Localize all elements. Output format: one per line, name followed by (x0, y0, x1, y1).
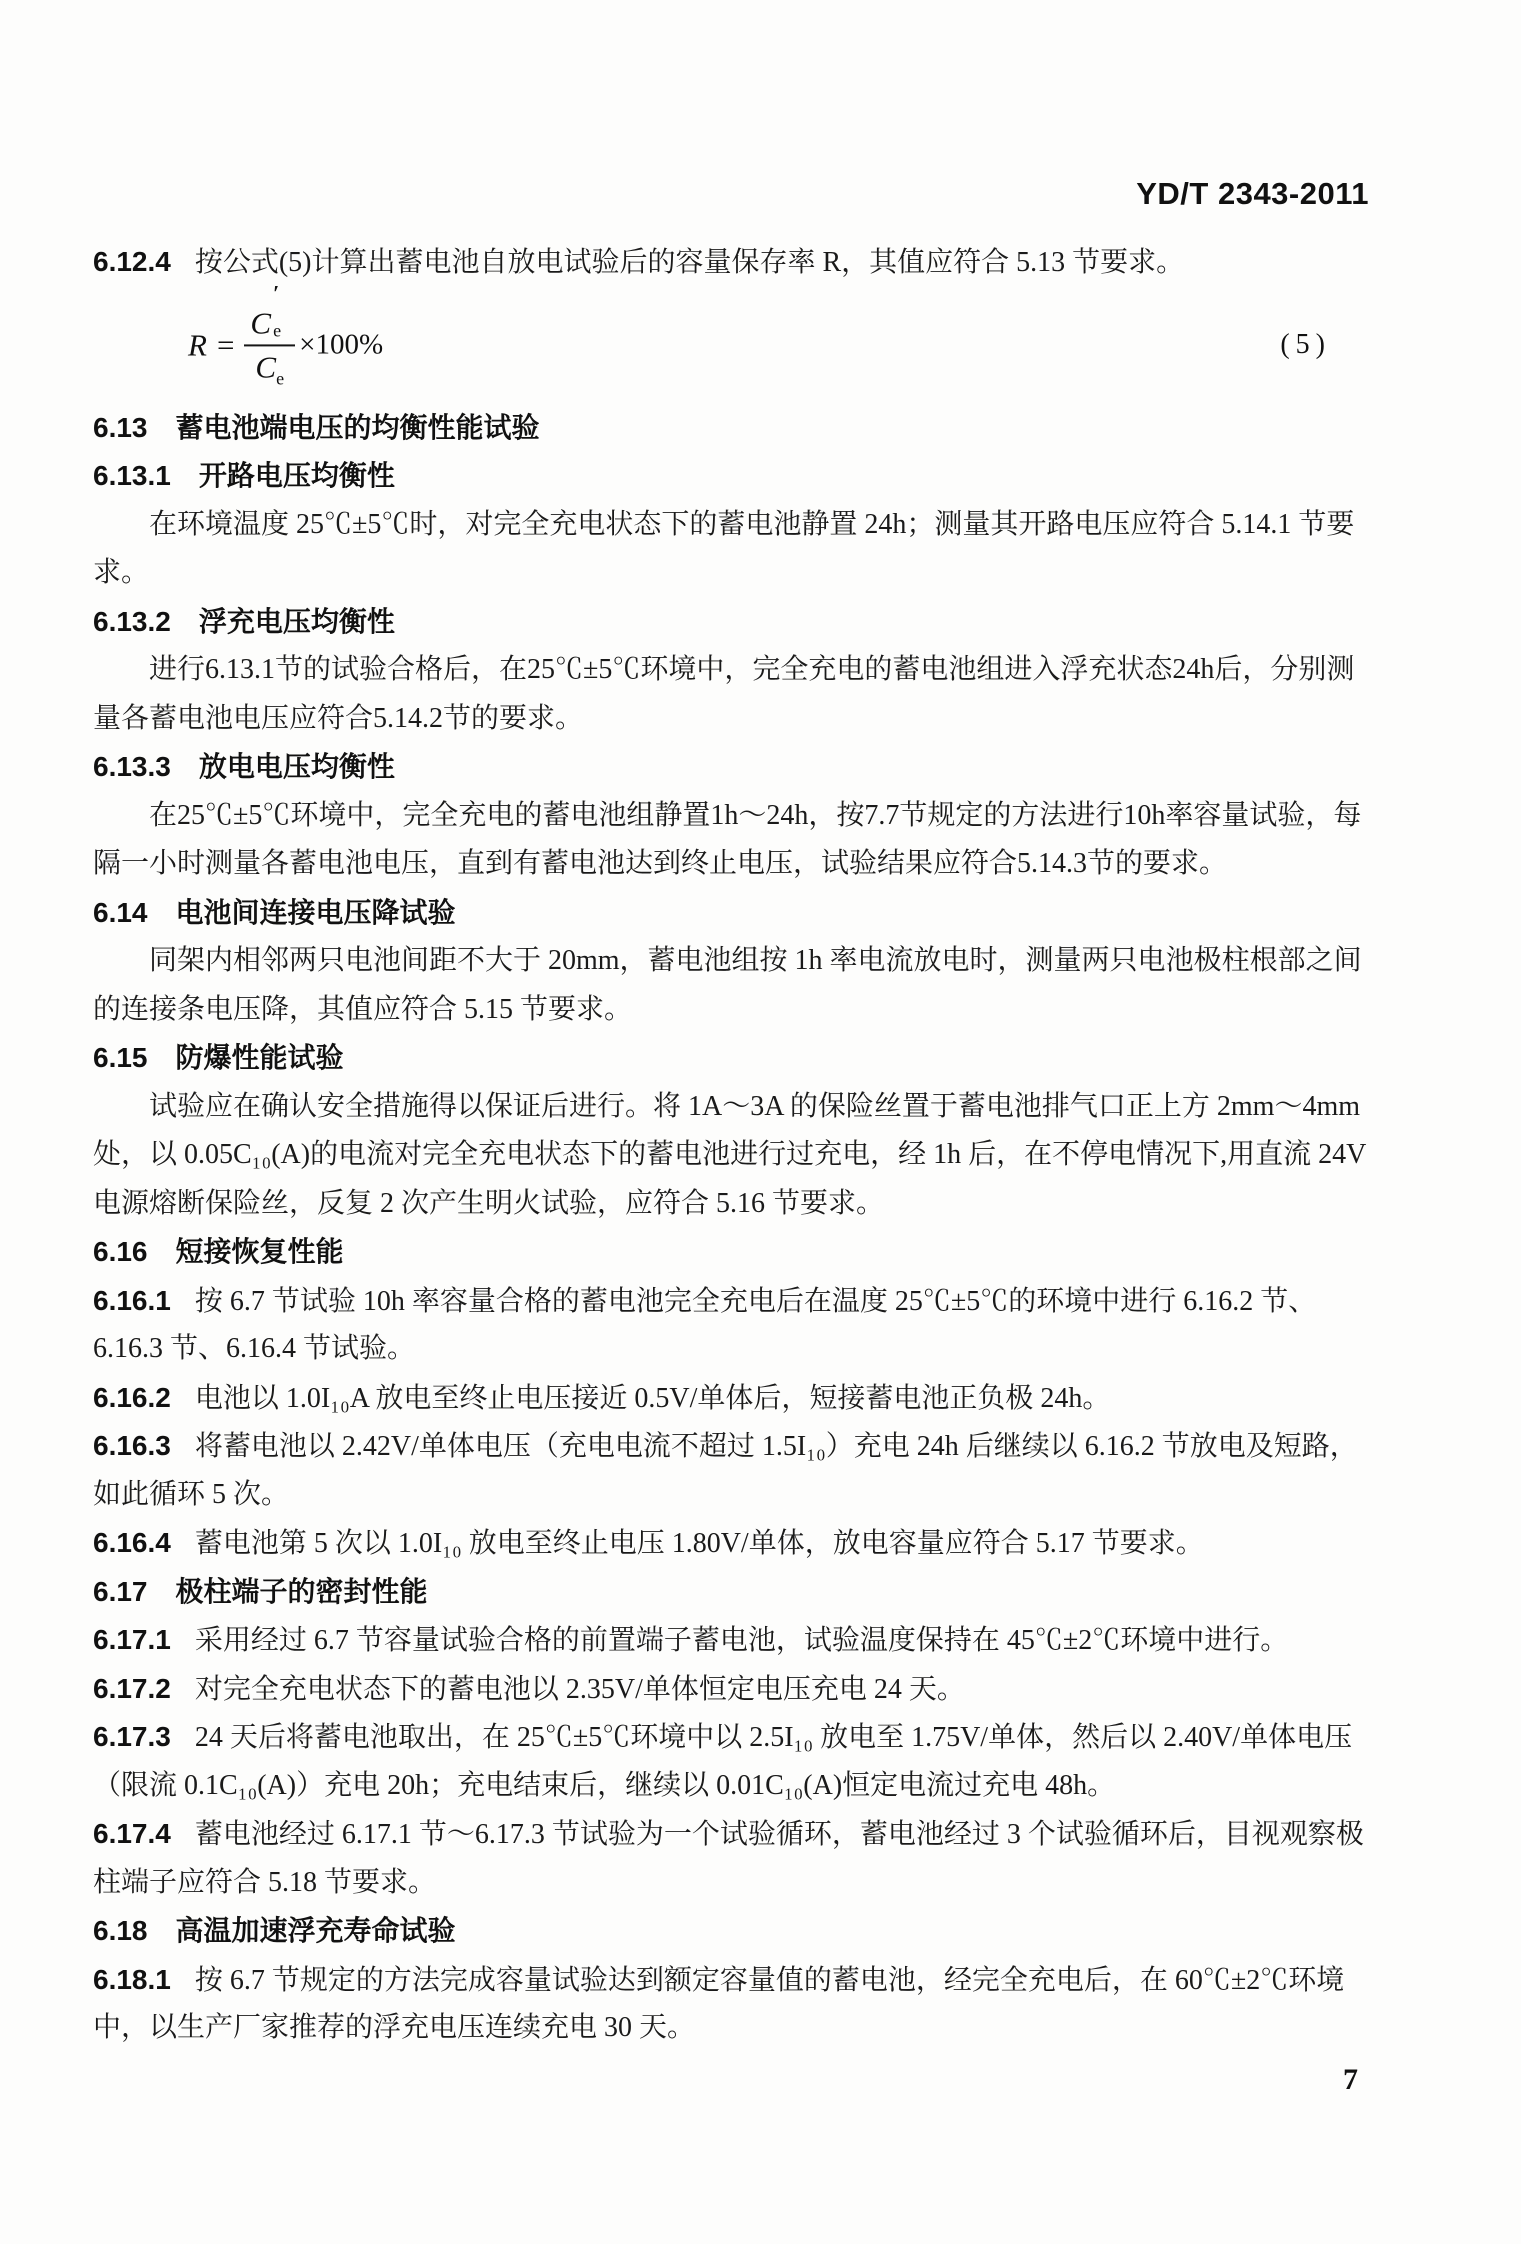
line-text: 电池间连接电压降试验 (176, 897, 456, 928)
line-text: 处，以 0.05C₁₀(A)的电流对完全充电状态下的蓄电池进行过充电，经 1h … (93, 1139, 1366, 1170)
fraction-numerator: C′e (244, 300, 295, 346)
clause-line: 6.16.4蓄电池第 5 次以 1.0I₁₀ 放电至终止电压 1.80V/单体，… (93, 1519, 1461, 1568)
text-line: （限流 0.1C₁₀(A)）充电 20h；充电结束后，继续以 0.01C₁₀(A… (93, 1762, 1461, 1811)
denominator-symbol: C (255, 349, 276, 384)
clause-line: 6.16.1按 6.7 节试验 10h 率容量合格的蓄电池完全充电后在温度 25… (93, 1277, 1461, 1326)
clause-line: 6.16.2电池以 1.0I₁₀A 放电至终止电压接近 0.5V/单体后，短接蓄… (93, 1374, 1461, 1423)
text-line: 试验应在确认安全措施得以保证后进行。将 1A～3A 的保险丝置于蓄电池排气口正上… (93, 1083, 1461, 1132)
text-line: 6.16.3 节、6.16.4 节试验。 (93, 1325, 1461, 1374)
clause-number: 6.14 (93, 897, 148, 928)
numerator-marks: ′e (271, 302, 285, 333)
clause-line: 6.17.324 天后将蓄电池取出，在 25℃±5℃环境中以 2.5I₁₀ 放电… (93, 1713, 1461, 1762)
line-text: 中，以生产厂家推荐的浮充电压连续充电 30 天。 (93, 2012, 695, 2043)
clause-number: 6.13.1 (93, 460, 171, 491)
multiplier: ×100% (299, 329, 383, 362)
line-text: 短接恢复性能 (176, 1236, 344, 1267)
page-content: 6.12.4按公式(5)计算出蓄电池自放电试验后的容量保存率 R，其值应符合 5… (93, 238, 1461, 2053)
line-text: 在25℃±5℃环境中，完全充电的蓄电池组静置1h～24h，按7.7节规定的方法进… (93, 800, 1361, 831)
line-text: 电源熔断保险丝，反复 2 次产生明火试验，应符合 5.16 节要求。 (93, 1188, 884, 1219)
line-text: 6.16.3 节、6.16.4 节试验。 (93, 1333, 415, 1364)
clause-line: 6.12.4按公式(5)计算出蓄电池自放电试验后的容量保存率 R，其值应符合 5… (93, 238, 1461, 287)
line-text: 同架内相邻两只电池间距不大于 20mm，蓄电池组按 1h 率电流放电时，测量两只… (93, 945, 1362, 976)
clause-number: 6.18 (93, 1915, 148, 1946)
text-line: 如此循环 5 次。 (93, 1471, 1461, 1520)
clause-number: 6.16.3 (93, 1430, 171, 1461)
clause-number: 6.16.1 (93, 1285, 171, 1316)
line-text: 24 天后将蓄电池取出，在 25℃±5℃环境中以 2.5I₁₀ 放电至 1.75… (195, 1722, 1352, 1753)
line-text: 隔一小时测量各蓄电池电压，直到有蓄电池达到终止电压，试验结果应符合5.14.3节… (93, 848, 1227, 879)
clause-line: 6.17.4蓄电池经过 6.17.1 节～6.17.3 节试验为一个试验循环，蓄… (93, 1810, 1461, 1859)
document-page: YD/T 2343-2011 6.12.4按公式(5)计算出蓄电池自放电试验后的… (0, 0, 1521, 2244)
line-text: 电池以 1.0I₁₀A 放电至终止电压接近 0.5V/单体后，短接蓄电池正负极 … (195, 1383, 1111, 1414)
line-text: 放电电压均衡性 (199, 751, 395, 782)
line-text: 按公式(5)计算出蓄电池自放电试验后的容量保存率 R，其值应符合 5.13 节要… (195, 247, 1184, 278)
clause-number: 6.16 (93, 1236, 148, 1267)
line-text: 高温加速浮充寿命试验 (176, 1915, 456, 1946)
clause-number: 6.17 (93, 1576, 148, 1607)
text-line: 处，以 0.05C₁₀(A)的电流对完全充电状态下的蓄电池进行过充电，经 1h … (93, 1131, 1461, 1180)
clause-number: 6.17.4 (93, 1818, 171, 1849)
clause-number: 6.12.4 (93, 246, 171, 277)
line-text: 蓄电池端电压的均衡性能试验 (176, 412, 540, 443)
line-text: 按 6.7 节规定的方法完成容量试验达到额定容量值的蓄电池，经完全充电后，在 6… (195, 1965, 1344, 1996)
section-heading: 6.17极柱端子的密封性能 (93, 1568, 1461, 1617)
text-line: 同架内相邻两只电池间距不大于 20mm，蓄电池组按 1h 率电流放电时，测量两只… (93, 937, 1461, 986)
equation-number: (5) (1280, 329, 1331, 361)
formula-5-row: R = C′e Ce ×100% (5) (93, 287, 1461, 404)
clause-line: 6.16.3将蓄电池以 2.42V/单体电压（充电电流不超过 1.5I₁₀）充电… (93, 1422, 1461, 1471)
line-text: 柱端子应符合 5.18 节要求。 (93, 1867, 436, 1898)
line-text: 量各蓄电池电压应符合5.14.2节的要求。 (93, 703, 583, 734)
line-text: 采用经过 6.7 节容量试验合格的前置端子蓄电池，试验温度保持在 45℃±2℃环… (195, 1625, 1288, 1656)
clause-line: 6.17.1采用经过 6.7 节容量试验合格的前置端子蓄电池，试验温度保持在 4… (93, 1616, 1461, 1665)
text-line: 的连接条电压降，其值应符合 5.15 节要求。 (93, 986, 1461, 1035)
line-text: 进行6.13.1节的试验合格后，在25℃±5℃环境中，完全充电的蓄电池组进入浮充… (93, 654, 1354, 685)
section-heading: 6.14电池间连接电压降试验 (93, 889, 1461, 938)
numerator-subscript: e (273, 320, 281, 341)
line-text: 的连接条电压降，其值应符合 5.15 节要求。 (93, 994, 632, 1025)
section-heading: 6.18高温加速浮充寿命试验 (93, 1907, 1461, 1956)
text-line: 进行6.13.1节的试验合格后，在25℃±5℃环境中，完全充电的蓄电池组进入浮充… (93, 646, 1461, 695)
clause-number: 6.17.3 (93, 1721, 171, 1752)
text-line: 柱端子应符合 5.18 节要求。 (93, 1859, 1461, 1908)
clause-number: 6.18.1 (93, 1964, 171, 1995)
section-heading: 6.13.1开路电压均衡性 (93, 452, 1461, 501)
standard-code-header: YD/T 2343-2011 (1136, 176, 1369, 212)
text-line: 在25℃±5℃环境中，完全充电的蓄电池组静置1h～24h，按7.7节规定的方法进… (93, 792, 1461, 841)
clause-number: 6.13 (93, 412, 148, 443)
section-heading: 6.13.3放电电压均衡性 (93, 743, 1461, 792)
line-text: 求。 (93, 557, 149, 588)
clause-number: 6.13.3 (93, 751, 171, 782)
section-heading: 6.16短接恢复性能 (93, 1228, 1461, 1277)
equals-sign: = (217, 327, 234, 363)
clause-line: 6.17.2对完全充电状态下的蓄电池以 2.35V/单体恒定电压充电 24 天。 (93, 1665, 1461, 1714)
line-text: 防爆性能试验 (176, 1042, 344, 1073)
text-line: 在环境温度 25℃±5℃时，对完全充电状态下的蓄电池静置 24h；测量其开路电压… (93, 501, 1461, 550)
line-text: 对完全充电状态下的蓄电池以 2.35V/单体恒定电压充电 24 天。 (195, 1674, 965, 1705)
line-text: 开路电压均衡性 (199, 460, 395, 491)
text-line: 电源熔断保险丝，反复 2 次产生明火试验，应符合 5.16 节要求。 (93, 1180, 1461, 1229)
section-heading: 6.13蓄电池端电压的均衡性能试验 (93, 404, 1461, 453)
capacity-retention-formula: R = C′e Ce ×100% (188, 300, 383, 389)
line-text: 蓄电池经过 6.17.1 节～6.17.3 节试验为一个试验循环，蓄电池经过 3… (195, 1819, 1364, 1850)
line-text: 在环境温度 25℃±5℃时，对完全充电状态下的蓄电池静置 24h；测量其开路电压… (93, 509, 1354, 540)
denominator-subscript: e (276, 369, 284, 389)
line-text: 按 6.7 节试验 10h 率容量合格的蓄电池完全充电后在温度 25℃±5℃的环… (195, 1286, 1316, 1317)
clause-number: 6.15 (93, 1042, 148, 1073)
clause-number: 6.13.2 (93, 606, 171, 637)
fraction-denominator: Ce (255, 346, 284, 389)
page-number: 7 (1343, 2056, 1358, 2104)
line-text: 浮充电压均衡性 (199, 606, 395, 637)
clause-number: 6.17.1 (93, 1624, 171, 1655)
clause-line: 6.18.1按 6.7 节规定的方法完成容量试验达到额定容量值的蓄电池，经完全充… (93, 1956, 1461, 2005)
section-heading: 6.13.2浮充电压均衡性 (93, 598, 1461, 647)
text-line: 隔一小时测量各蓄电池电压，直到有蓄电池达到终止电压，试验结果应符合5.14.3节… (93, 840, 1461, 889)
text-line: 求。 (93, 549, 1461, 598)
line-text: 将蓄电池以 2.42V/单体电压（充电电流不超过 1.5I₁₀）充电 24h 后… (195, 1431, 1358, 1462)
section-heading: 6.15防爆性能试验 (93, 1034, 1461, 1083)
text-line: 量各蓄电池电压应符合5.14.2节的要求。 (93, 695, 1461, 744)
clause-number: 6.16.4 (93, 1527, 171, 1558)
line-text: 试验应在确认安全措施得以保证后进行。将 1A～3A 的保险丝置于蓄电池排气口正上… (93, 1091, 1360, 1122)
clause-number: 6.17.2 (93, 1673, 171, 1704)
text-line: 中，以生产厂家推荐的浮充电压连续充电 30 天。 (93, 2004, 1461, 2053)
line-text: 蓄电池第 5 次以 1.0I₁₀ 放电至终止电压 1.80V/单体，放电容量应符… (195, 1528, 1204, 1559)
numerator-symbol: C (250, 305, 271, 340)
line-text: （限流 0.1C₁₀(A)）充电 20h；充电结束后，继续以 0.01C₁₀(A… (93, 1770, 1115, 1801)
fraction: C′e Ce (244, 300, 295, 389)
prime-mark: ′ (273, 280, 279, 306)
line-text: 如此循环 5 次。 (93, 1479, 289, 1510)
clause-number: 6.16.2 (93, 1382, 171, 1413)
line-text: 极柱端子的密封性能 (176, 1576, 428, 1607)
formula-lhs: R (188, 327, 207, 363)
